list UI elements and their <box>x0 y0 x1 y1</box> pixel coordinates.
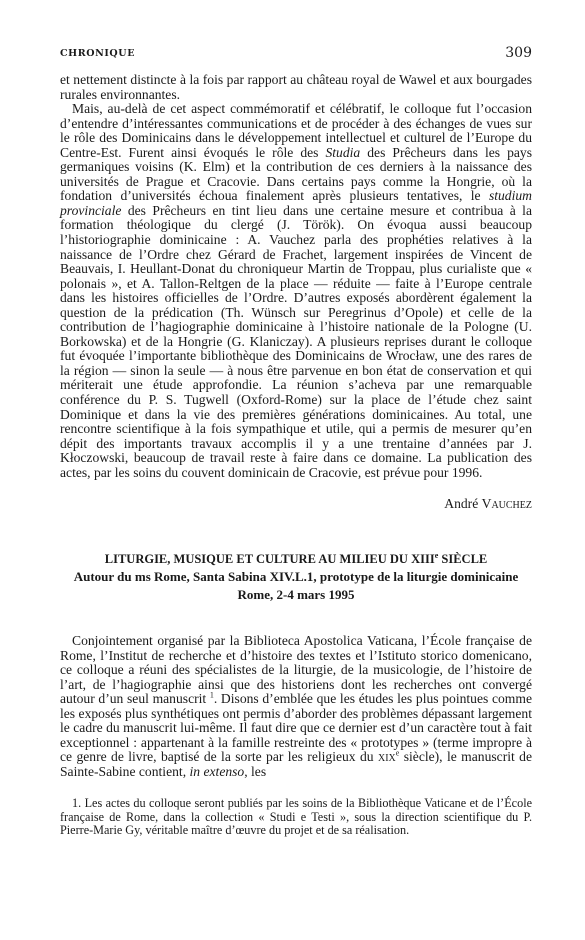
article-liturgy-body: Conjointement organisé par la Biblioteca… <box>60 634 532 779</box>
article-chronicle-body: et nettement distincte à la fois par rap… <box>60 73 532 480</box>
article-heading: LITURGIE, MUSIQUE ET CULTURE AU MILIEU D… <box>60 550 532 604</box>
article-subtitle: Autour du ms Rome, Santa Sabina XIV.L.1,… <box>60 568 532 586</box>
paragraph: Conjointement organisé par la Biblioteca… <box>60 634 532 779</box>
page-number: 309 <box>505 45 532 61</box>
author-signature: André Vauchez <box>444 496 532 512</box>
section-title: CHRONIQUE <box>60 48 135 59</box>
italic-term: in extenso <box>190 764 245 779</box>
article-date-place: Rome, 2-4 mars 1995 <box>60 586 532 604</box>
article-title: LITURGIE, MUSIQUE ET CULTURE AU MILIEU D… <box>60 550 532 568</box>
paragraph-continuation: et nettement distincte à la fois par rap… <box>60 73 532 102</box>
italic-term: Studia <box>325 145 360 160</box>
footnotes: 1. Les actes du colloque seront publiés … <box>60 797 532 838</box>
running-head: CHRONIQUE 309 <box>60 45 532 63</box>
footnote-1: 1. Les actes du colloque seront publiés … <box>60 797 532 838</box>
paragraph: Mais, au-delà de cet aspect commémoratif… <box>60 102 532 480</box>
